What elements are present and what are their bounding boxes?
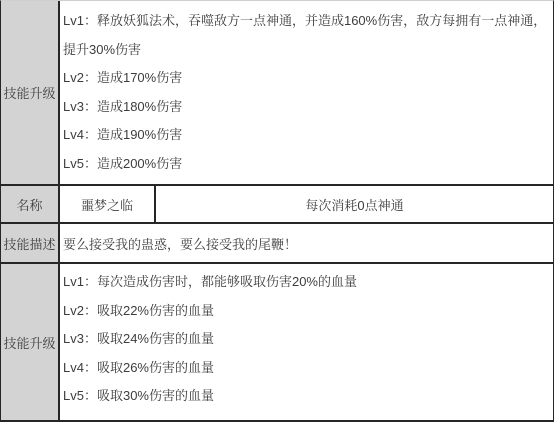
- skill-cost: 每次消耗0点神通: [156, 186, 553, 222]
- level-line: Lv1：每次造成伤害时，都能够吸取伤害20%的血量: [63, 268, 549, 297]
- level-line: Lv3：造成180%伤害: [63, 93, 549, 122]
- skill-description: 要么接受我的蛊惑，要么接受我的尾鞭！: [60, 224, 553, 262]
- level-line: Lv5：造成200%伤害: [63, 150, 549, 179]
- level-line: Lv4：吸取26%伤害的血量: [63, 354, 549, 383]
- skill-upgrade-levels-1: Lv1：释放妖狐法术，吞噬敌方一点神通，并造成160%伤害，敌方每拥有一点神通，…: [60, 1, 553, 184]
- level-line: Lv4：造成190%伤害: [63, 121, 549, 150]
- row-label-skill-upgrade: 技能升级: [1, 1, 60, 184]
- level-line: Lv1：释放妖狐法术，吞噬敌方一点神通，并造成160%伤害，敌方每拥有一点神通，…: [63, 7, 549, 64]
- level-line: Lv3：吸取24%伤害的血量: [63, 325, 549, 354]
- row-label-skill-upgrade: 技能升级: [1, 264, 60, 420]
- table-row-name: 名称 噩梦之临 每次消耗0点神通: [1, 186, 553, 224]
- skill-upgrade-levels-2: Lv1：每次造成伤害时，都能够吸取伤害20%的血量 Lv2：吸取22%伤害的血量…: [60, 264, 553, 420]
- level-line: Lv2：造成170%伤害: [63, 64, 549, 93]
- table-row-skill-upgrade-2: 技能升级 Lv1：每次造成伤害时，都能够吸取伤害20%的血量 Lv2：吸取22%…: [1, 264, 553, 422]
- level-line: Lv2：吸取22%伤害的血量: [63, 297, 549, 326]
- skill-name: 噩梦之临: [60, 186, 156, 222]
- level-line: Lv5：吸取30%伤害的血量: [63, 382, 549, 411]
- table-row-description: 技能描述 要么接受我的蛊惑，要么接受我的尾鞭！: [1, 224, 553, 264]
- row-label-name: 名称: [1, 186, 60, 222]
- skill-info-table: 技能升级 Lv1：释放妖狐法术，吞噬敌方一点神通，并造成160%伤害，敌方每拥有…: [0, 0, 554, 422]
- row-label-description: 技能描述: [1, 224, 60, 262]
- table-row-skill-upgrade-1: 技能升级 Lv1：释放妖狐法术，吞噬敌方一点神通，并造成160%伤害，敌方每拥有…: [1, 1, 553, 186]
